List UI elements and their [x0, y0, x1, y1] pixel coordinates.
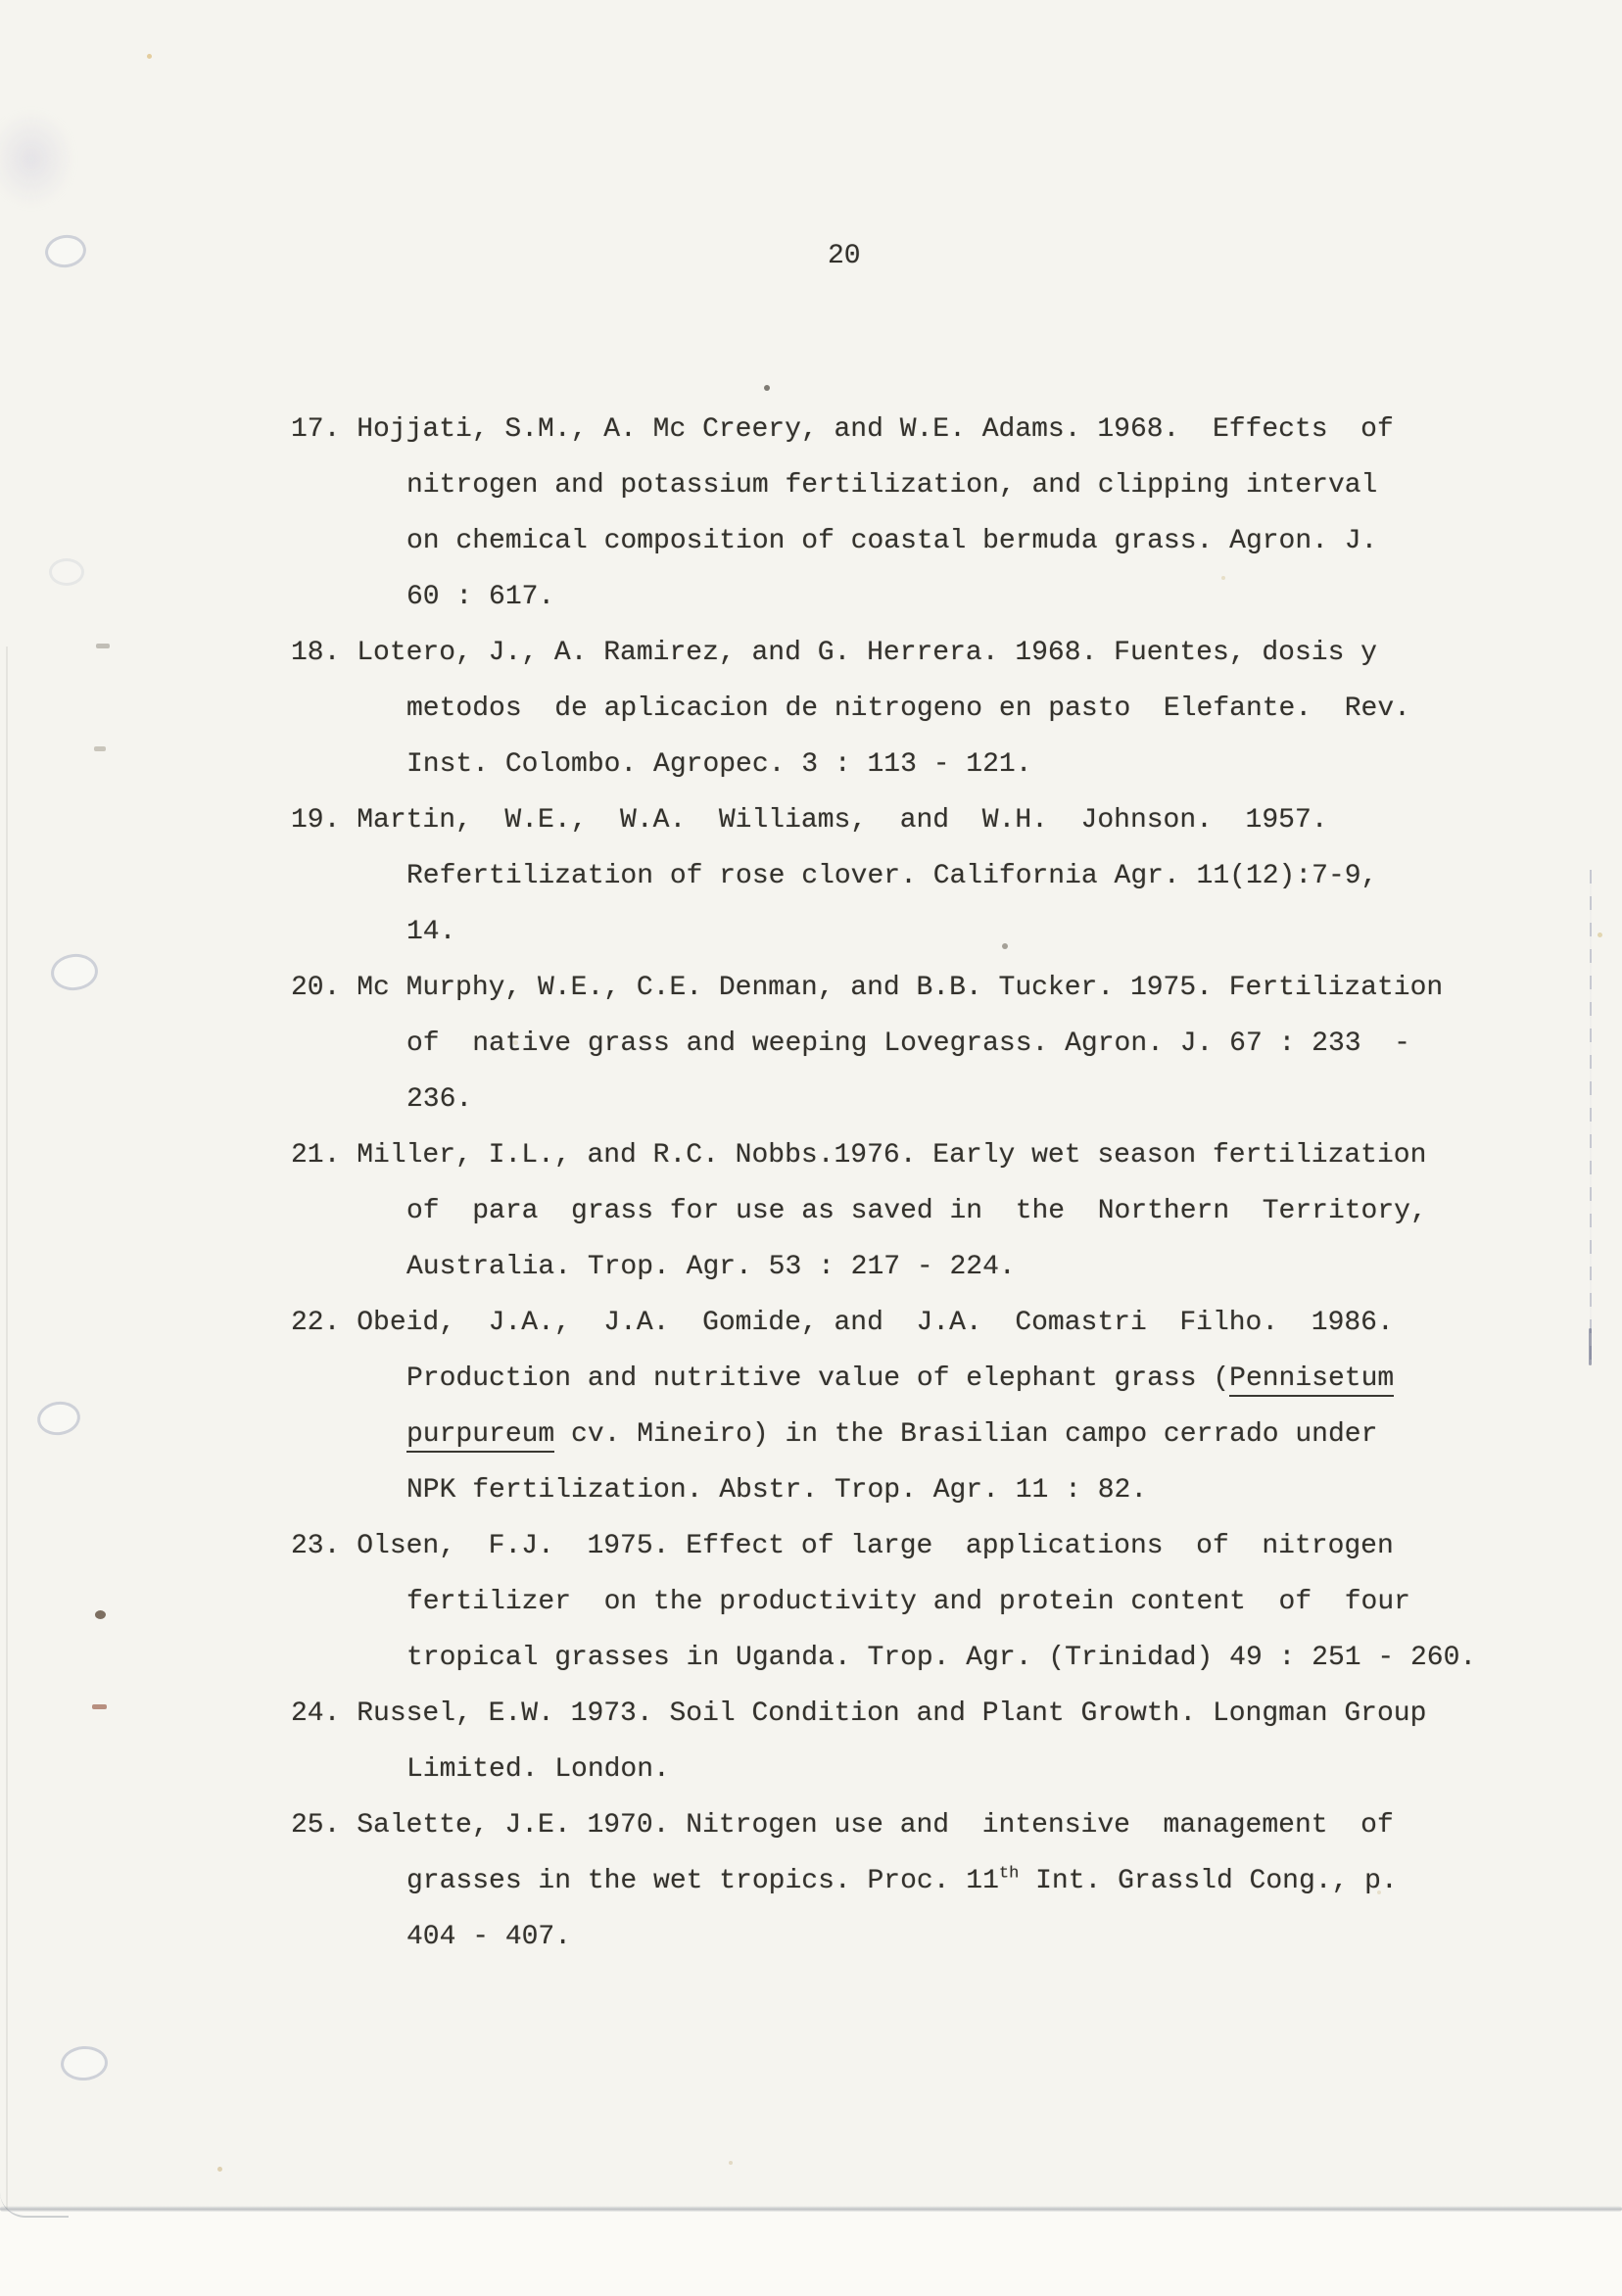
- reference-item: 17. Hojjati, S.M., A. Mc Creery, and W.E…: [291, 402, 1525, 625]
- reference-item: 18. Lotero, J., A. Ramirez, and G. Herre…: [291, 625, 1525, 792]
- hole-punch: [35, 1399, 82, 1438]
- reference-line: Australia. Trop. Agr. 53 : 217 - 224.: [291, 1239, 1525, 1295]
- page-bottom-edge: [0, 2206, 1622, 2212]
- reference-line: 25. Salette, J.E. 1970. Nitrogen use and…: [291, 1797, 1525, 1853]
- paper-speck: [217, 2167, 222, 2172]
- scan-edge-streak: [6, 646, 8, 2209]
- reference-list: 17. Hojjati, S.M., A. Mc Creery, and W.E…: [291, 402, 1525, 1965]
- reference-line: 236.: [291, 1072, 1525, 1127]
- reference-item: 22. Obeid, J.A., J.A. Gomide, and J.A. C…: [291, 1295, 1525, 1518]
- ink-speck: [95, 1610, 106, 1619]
- reference-item: 24. Russel, E.W. 1973. Soil Condition an…: [291, 1686, 1525, 1797]
- reference-line: fertilizer on the productivity and prote…: [291, 1574, 1525, 1630]
- scan-artifact-line: [1590, 870, 1592, 1364]
- underlined-species-name: purpureum: [406, 1419, 554, 1453]
- reference-line: 24. Russel, E.W. 1973. Soil Condition an…: [291, 1686, 1525, 1742]
- reference-line: 18. Lotero, J., A. Ramirez, and G. Herre…: [291, 625, 1525, 681]
- reference-line: 20. Mc Murphy, W.E., C.E. Denman, and B.…: [291, 960, 1525, 1016]
- hole-punch: [49, 952, 100, 993]
- page-number: 20: [828, 228, 861, 284]
- scanner-background: [0, 2211, 1622, 2296]
- scan-artifact-line: [1589, 1328, 1592, 1365]
- reference-line: 22. Obeid, J.A., J.A. Gomide, and J.A. C…: [291, 1295, 1525, 1351]
- reference-line: metodos de aplicacion de nitrogeno en pa…: [291, 681, 1525, 737]
- reference-item: 19. Martin, W.E., W.A. Williams, and W.H…: [291, 792, 1525, 960]
- reference-item: 21. Miller, I.L., and R.C. Nobbs.1976. E…: [291, 1127, 1525, 1295]
- reference-line: tropical grasses in Uganda. Trop. Agr. (…: [291, 1630, 1525, 1686]
- reference-line: 19. Martin, W.E., W.A. Williams, and W.H…: [291, 792, 1525, 848]
- ordinal-superscript: th: [999, 1865, 1019, 1884]
- reference-line: 21. Miller, I.L., and R.C. Nobbs.1976. E…: [291, 1127, 1525, 1183]
- reference-line: Production and nutritive value of elepha…: [291, 1351, 1525, 1407]
- reference-line: Refertilization of rose clover. Californ…: [291, 848, 1525, 904]
- hole-punch: [43, 232, 88, 270]
- paper-speck: [842, 2282, 847, 2287]
- reference-line: 23. Olsen, F.J. 1975. Effect of large ap…: [291, 1518, 1525, 1574]
- hole-punch: [49, 558, 84, 586]
- reference-line: 14.: [291, 904, 1525, 960]
- reference-line: on chemical composition of coastal bermu…: [291, 513, 1525, 569]
- reference-line: nitrogen and potassium fertilization, an…: [291, 457, 1525, 513]
- ink-speck: [92, 1704, 107, 1709]
- paper-speck: [147, 54, 152, 59]
- scanned-page: { "colors": { "paper": "#f5f4ef", "ink":…: [0, 0, 1622, 2296]
- page-corner-curl: [0, 2192, 69, 2218]
- ink-speck: [764, 385, 770, 391]
- paper-speck: [1598, 933, 1602, 937]
- reference-item: 25. Salette, J.E. 1970. Nitrogen use and…: [291, 1797, 1525, 1965]
- ink-speck: [96, 644, 110, 648]
- paper-speck: [729, 2161, 733, 2165]
- reference-line: grasses in the wet tropics. Proc. 11th I…: [291, 1853, 1525, 1909]
- reference-line: purpureum cv. Mineiro) in the Brasilian …: [291, 1407, 1525, 1462]
- reference-line: 404 - 407.: [291, 1909, 1525, 1965]
- reference-line: 60 : 617.: [291, 569, 1525, 625]
- ink-speck: [94, 746, 106, 751]
- reference-line: Limited. London.: [291, 1742, 1525, 1797]
- reference-line: of para grass for use as saved in the No…: [291, 1183, 1525, 1239]
- reference-item: 23. Olsen, F.J. 1975. Effect of large ap…: [291, 1518, 1525, 1686]
- reference-line: of native grass and weeping Lovegrass. A…: [291, 1016, 1525, 1072]
- reference-line: NPK fertilization. Abstr. Trop. Agr. 11 …: [291, 1462, 1525, 1518]
- underlined-species-name: Pennisetum: [1229, 1363, 1394, 1397]
- scanner-smudge: [0, 110, 74, 208]
- reference-line: 17. Hojjati, S.M., A. Mc Creery, and W.E…: [291, 402, 1525, 457]
- hole-punch: [60, 2044, 109, 2081]
- paper-sheet: 20 17. Hojjati, S.M., A. Mc Creery, and …: [0, 0, 1622, 2296]
- reference-item: 20. Mc Murphy, W.E., C.E. Denman, and B.…: [291, 960, 1525, 1127]
- reference-line: Inst. Colombo. Agropec. 3 : 113 - 121.: [291, 737, 1525, 792]
